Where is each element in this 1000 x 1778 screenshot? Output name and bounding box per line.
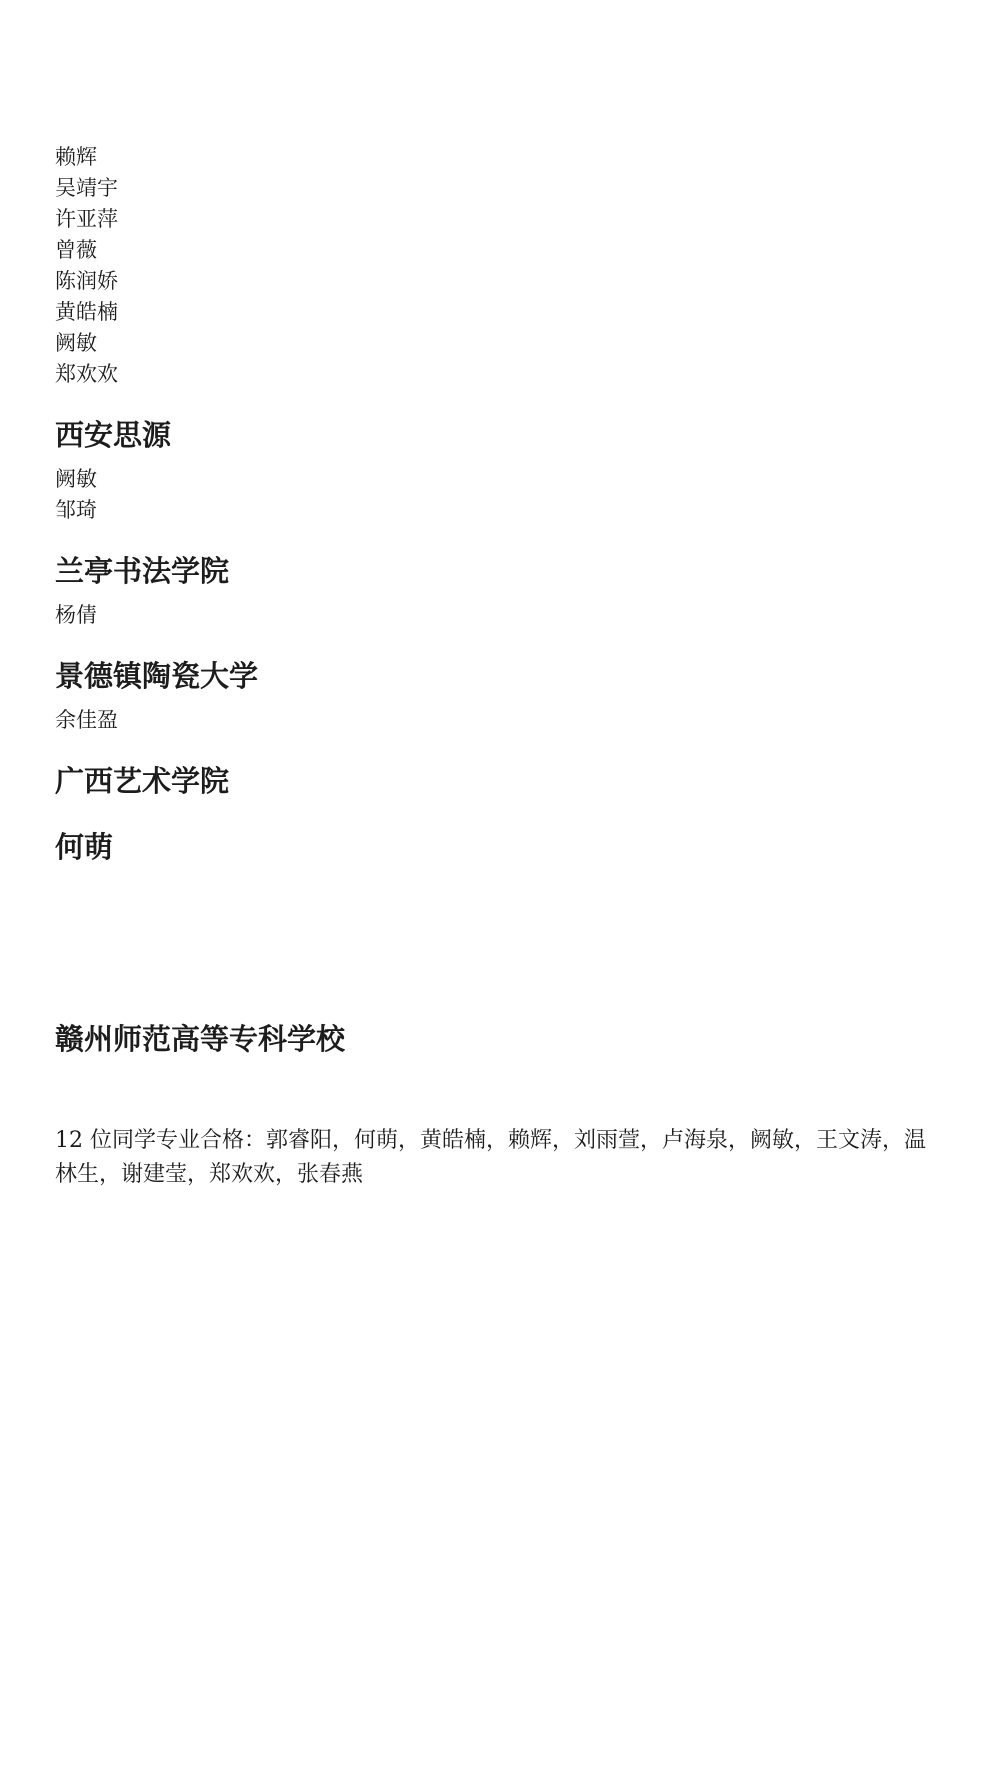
page-background: { "page": { "background": "#ffffff", "te…	[0, 0, 1000, 1778]
school-heading: 景德镇陶瓷大学	[55, 655, 945, 697]
name-line: 阙敏	[55, 464, 945, 495]
summary-paragraph: 12 位同学专业合格：郭睿阳，何萌，黄皓楠，赖辉，刘雨萱，卢海泉，阙敏，王文涛，…	[55, 1124, 945, 1192]
name-line: 许亚萍	[55, 204, 945, 235]
school-heading: 广西艺术学院	[55, 760, 945, 802]
document-body: 赖辉吴靖宇许亚萍曾薇陈润娇黄皓楠阙敏郑欢欢西安思源阙敏邹琦兰亭书法学院杨倩景德镇…	[55, 142, 945, 1192]
name-line: 黄皓楠	[55, 297, 945, 328]
name-line: 曾薇	[55, 235, 945, 266]
name-line: 余佳盈	[55, 705, 945, 736]
document-page: 赖辉吴靖宇许亚萍曾薇陈润娇黄皓楠阙敏郑欢欢西安思源阙敏邹琦兰亭书法学院杨倩景德镇…	[0, 0, 1000, 1778]
school-heading: 何萌	[55, 826, 945, 868]
name-line: 邹琦	[55, 495, 945, 526]
spacer	[55, 1068, 945, 1124]
name-line: 赖辉	[55, 142, 945, 173]
school-heading: 赣州师范高等专科学校	[55, 1018, 945, 1060]
name-line: 阙敏	[55, 328, 945, 359]
school-heading: 西安思源	[55, 414, 945, 456]
spacer	[55, 876, 945, 994]
school-heading: 兰亭书法学院	[55, 550, 945, 592]
name-line: 陈润娇	[55, 266, 945, 297]
name-line: 吴靖宇	[55, 173, 945, 204]
name-line: 杨倩	[55, 600, 945, 631]
name-line: 郑欢欢	[55, 359, 945, 390]
